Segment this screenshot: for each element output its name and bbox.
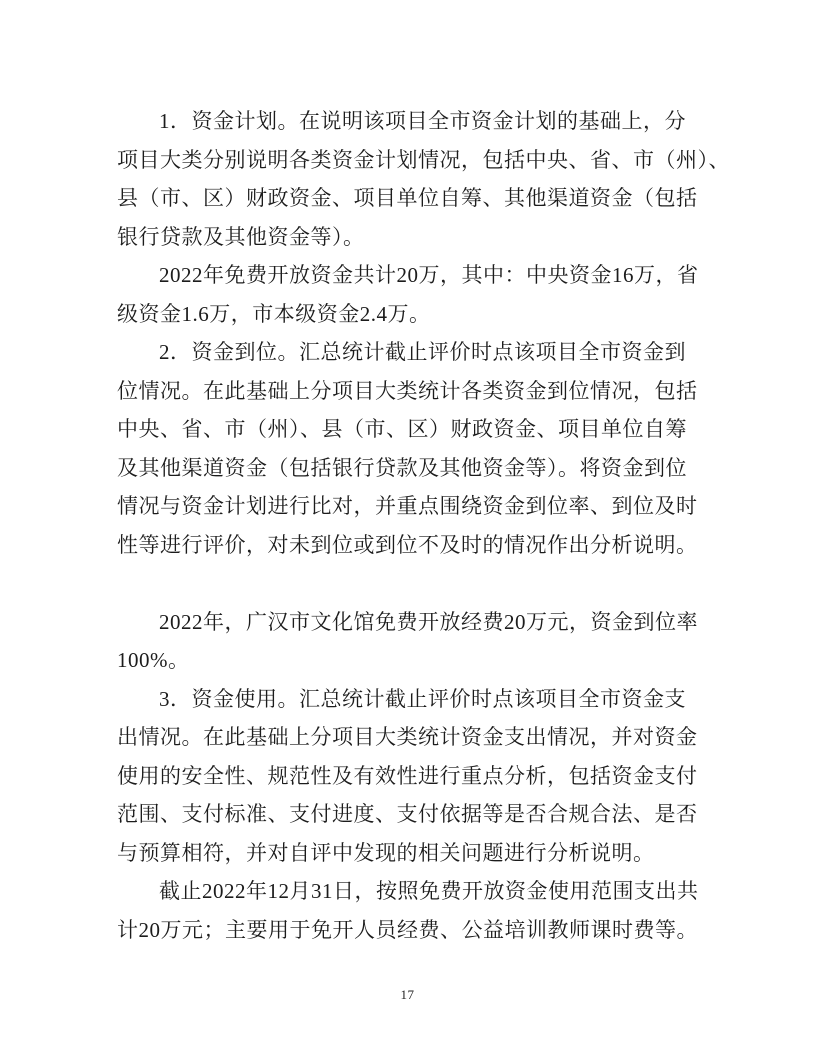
text-line: 项目大类分别说明各类资金计划情况，包括中央、省、市（州）、 [117,141,707,180]
text-line: 性等进行评价，对未到位或到位不及时的情况作出分析说明。 [117,526,707,565]
text-line: 级资金1.6万，市本级资金2.4万。 [117,295,707,334]
text-line: 2．资金到位。汇总统计截止评价时点该项目全市资金到 [117,333,707,372]
text-line: 2022年，广汉市文化馆免费开放经费20万元，资金到位率 [117,603,707,642]
blank-line [117,564,707,603]
text-line: 2022年免费开放资金共计20万，其中：中央资金16万，省 [117,256,707,295]
text-line: 银行贷款及其他资金等）。 [117,218,707,257]
text-line: 出情况。在此基础上分项目大类统计资金支出情况，并对资金 [117,718,707,757]
text-line: 使用的安全性、规范性及有效性进行重点分析，包括资金支付 [117,757,707,796]
page-number: 17 [401,987,415,1003]
page-footer: 17 [0,986,815,1004]
text-line: 中央、省、市（州）、县（市、区）财政资金、项目单位自筹 [117,410,707,449]
text-line: 县（市、区）财政资金、项目单位自筹、其他渠道资金（包括 [117,179,707,218]
document-body: 1．资金计划。在说明该项目全市资金计划的基础上，分项目大类分别说明各类资金计划情… [117,102,707,949]
text-line: 1．资金计划。在说明该项目全市资金计划的基础上，分 [117,102,707,141]
text-line: 位情况。在此基础上分项目大类统计各类资金到位情况，包括 [117,372,707,411]
text-line: 3．资金使用。汇总统计截止评价时点该项目全市资金支 [117,680,707,719]
document-page: 1．资金计划。在说明该项目全市资金计划的基础上，分项目大类分别说明各类资金计划情… [0,0,815,1055]
text-line: 及其他渠道资金（包括银行贷款及其他资金等）。将资金到位 [117,449,707,488]
text-line: 范围、支付标准、支付进度、支付依据等是否合规合法、是否 [117,795,707,834]
text-line: 计20万元；主要用于免开人员经费、公益培训教师课时费等。 [117,911,707,950]
text-line: 与预算相符，并对自评中发现的相关问题进行分析说明。 [117,834,707,873]
text-line: 情况与资金计划进行比对，并重点围绕资金到位率、到位及时 [117,487,707,526]
text-line: 截止2022年12月31日，按照免费开放资金使用范围支出共 [117,872,707,911]
text-line: 100%。 [117,641,707,680]
